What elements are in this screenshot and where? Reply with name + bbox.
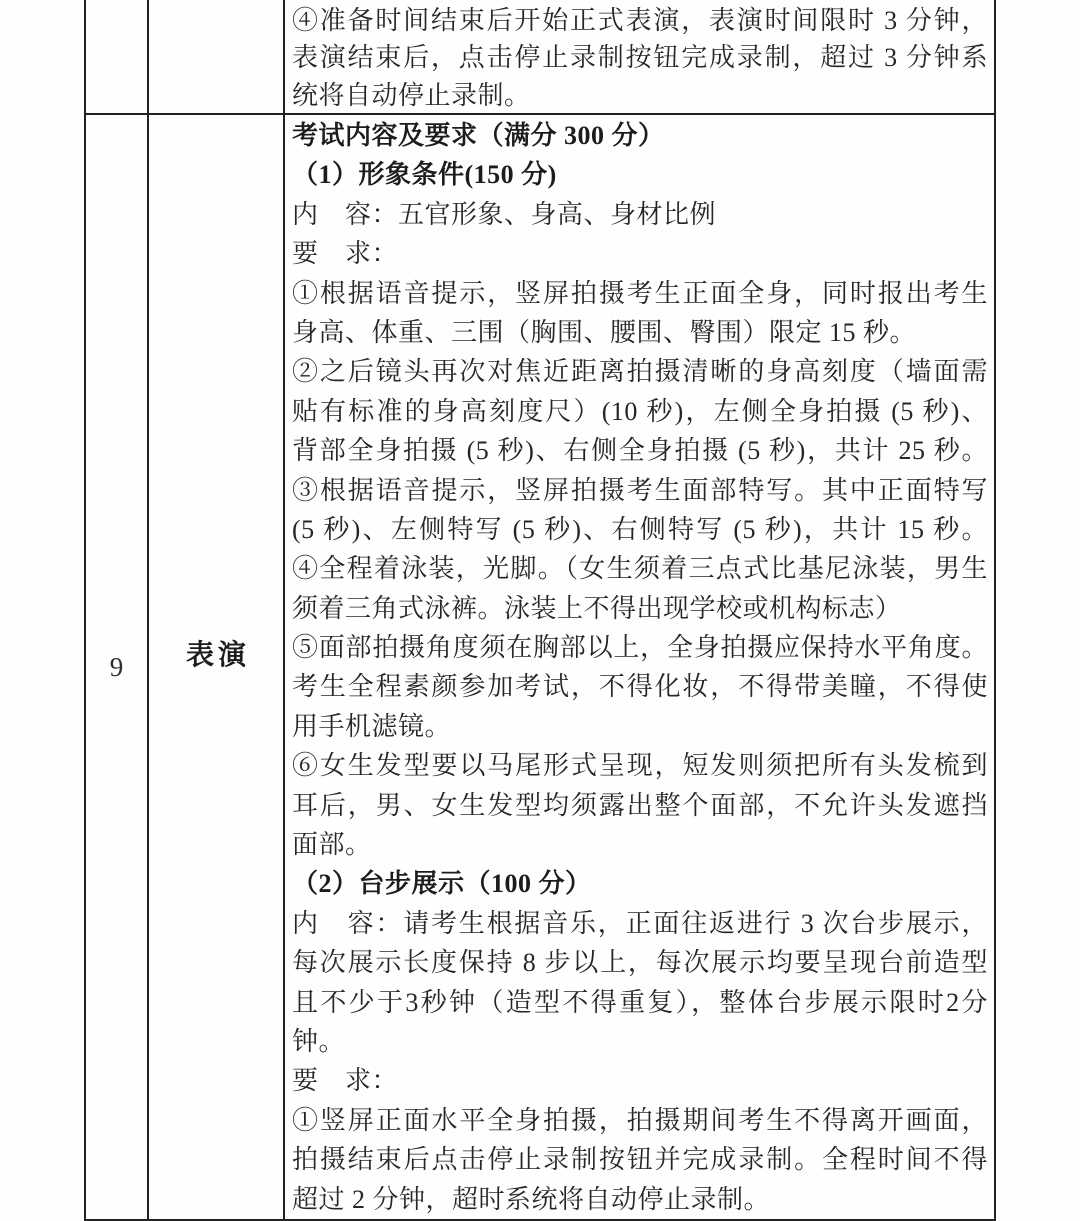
text-line: 内 容：五官形象、身高、身材比例 [292,195,988,234]
text-line: 贴有标准的身高刻度尺）(10 秒)，左侧全身拍摄 (5 秒)、 [292,392,988,431]
row-number: 9 [110,652,124,683]
text-line: ①根据语音提示，竖屏拍摄考生正面全身，同时报出考生 [292,274,988,313]
text-line: 内 容：请考生根据音乐，正面往返进行 3 次台步展示， [292,904,988,943]
prev-row-content-cell: ④准备时间结束后开始正式表演，表演时间限时 3 分钟，表演结束后，点击停止录制按… [285,0,994,113]
text-line: 要 求： [292,1061,988,1100]
text-line: （2）台步展示（100 分） [292,864,988,903]
text-line: 要 求： [292,234,988,273]
text-line: (5 秒)、左侧特写 (5 秒)、右侧特写 (5 秒)，共计 15 秒。 [292,510,988,549]
text-line: 统将自动停止录制。 [292,77,988,113]
text-line: ②之后镜头再次对焦近距离拍摄清晰的身高刻度（墙面需 [292,352,988,391]
text-line: 身高、体重、三围（胸围、腰围、臀围）限定 15 秒。 [292,313,988,352]
text-line: ①竖屏正面水平全身拍摄，拍摄期间考生不得离开画面， [292,1101,988,1140]
text-line: ⑤面部拍摄角度须在胸部以上，全身拍摄应保持水平角度。 [292,628,988,667]
text-line: 面部。 [292,825,988,864]
text-line: 拍摄结束后点击停止录制按钮并完成录制。全程时间不得 [292,1140,988,1179]
text-line: 考生全程素颜参加考试，不得化妆，不得带美瞳，不得使 [292,667,988,706]
text-line: （1）形象条件(150 分) [292,155,988,194]
text-line: ④准备时间结束后开始正式表演，表演时间限时 3 分钟， [292,2,988,39]
text-line: 超过 2 分钟，超时系统将自动停止录制。 [292,1180,988,1219]
scanned-document-page: ④准备时间结束后开始正式表演，表演时间限时 3 分钟，表演结束后，点击停止录制按… [0,0,1080,1221]
text-line: ⑥女生发型要以马尾形式呈现，短发则须把所有头发梳到 [292,746,988,785]
text-line: 每次展示长度保持 8 步以上，每次展示均要呈现台前造型 [292,943,988,982]
prev-row-number-cell [86,0,149,113]
row-number-cell: 9 [86,115,149,1219]
main-row-content-cell: 考试内容及要求（满分 300 分）（1）形象条件(150 分)内 容：五官形象、… [285,115,994,1219]
text-line: 且不少于3秒钟（造型不得重复），整体台步展示限时2分 [292,983,988,1022]
table-row-previous-tail: ④准备时间结束后开始正式表演，表演时间限时 3 分钟，表演结束后，点击停止录制按… [86,0,994,115]
row-category-cell: 表演 [149,115,285,1219]
prev-row-category-cell [149,0,285,113]
text-line: 表演结束后，点击停止录制按钮完成录制，超过 3 分钟系 [292,39,988,76]
text-line: ③根据语音提示，竖屏拍摄考生面部特写。其中正面特写 [292,471,988,510]
row-category-label: 表演 [182,633,250,673]
text-line: 钟。 [292,1022,988,1061]
text-line: 用手机滤镜。 [292,707,988,746]
text-line: 须着三角式泳裤。泳装上不得出现学校或机构标志） [292,589,988,628]
table-row-9: 9 表演 考试内容及要求（满分 300 分）（1）形象条件(150 分)内 容：… [86,115,994,1219]
text-line: ④全程着泳装，光脚。（女生须着三点式比基尼泳装，男生 [292,549,988,588]
text-line: 耳后，男、女生发型均须露出整个面部，不允许头发遮挡 [292,786,988,825]
text-line: 背部全身拍摄 (5 秒)、右侧全身拍摄 (5 秒)，共计 25 秒。 [292,431,988,470]
exam-requirements-table: ④准备时间结束后开始正式表演，表演时间限时 3 分钟，表演结束后，点击停止录制按… [84,0,996,1221]
text-line: 考试内容及要求（满分 300 分） [292,116,988,155]
